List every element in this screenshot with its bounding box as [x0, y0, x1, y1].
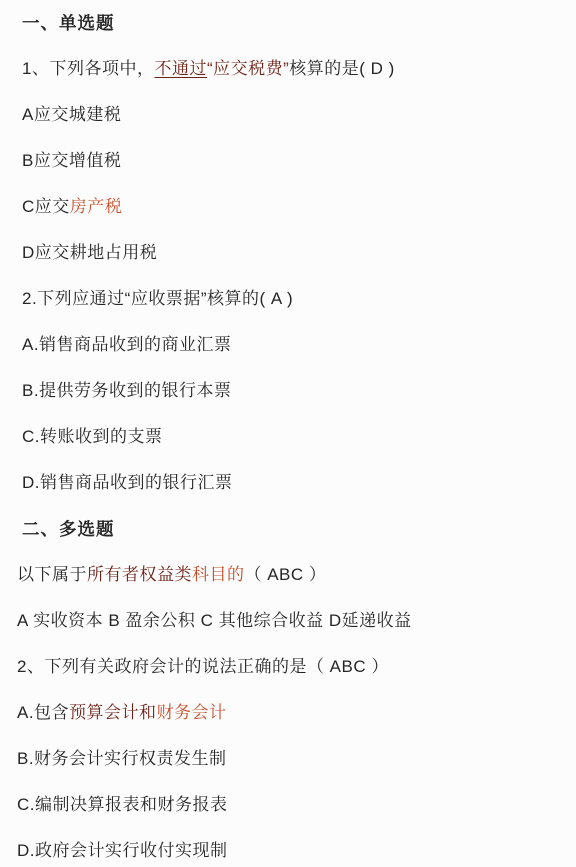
text-segment: C应交: [22, 197, 70, 216]
text-segment: 1、下列各项中，: [22, 59, 154, 78]
text-segment: B.财务会计实行权责发生制: [17, 749, 227, 768]
emphasis-text: “应交税费”: [207, 59, 289, 78]
exam-document-page: 一、单选题1、下列各项中，不通过“应交税费”核算的是( D )A应交城建税B应交…: [0, 0, 576, 867]
s1-q1-option-b: B应交增值税: [22, 152, 558, 170]
s1-q2-option-a: A.销售商品收到的商业汇票: [22, 336, 558, 354]
emphasis-text: 预算会计和: [69, 703, 157, 722]
s2-q2-option-d: D.政府会计实行收付实现制: [17, 842, 558, 860]
section-2-heading: 二、多选题: [22, 520, 558, 538]
s1-q2-option-d: D.销售商品收到的银行汇票: [22, 474, 558, 492]
text-segment: A.包含: [17, 703, 69, 722]
text-segment: 二、多选题: [22, 519, 115, 539]
s2-q2-option-c: C.编制决算报表和财务报表: [17, 796, 558, 814]
s2-q1-options: A 实收资本 B 盈余公积 C 其他综合收益 D延递收益: [17, 612, 558, 630]
text-segment: B应交增值税: [22, 151, 121, 170]
s1-q2-option-c: C.转账收到的支票: [22, 428, 558, 446]
section-2-question-2: 2、下列有关政府会计的说法正确的是（ ABC ）: [17, 658, 558, 676]
s2-q2-option-a: A.包含预算会计和财务会计: [17, 704, 558, 722]
s1-q1-option-c: C应交房产税: [22, 198, 558, 216]
section-1-question-2: 2.下列应通过“应收票据”核算的( A ): [22, 290, 558, 308]
text-segment: 以下属于: [17, 565, 87, 584]
text-segment: 2.下列应通过“应收票据”核算的( A ): [22, 289, 293, 308]
text-segment: 2、下列有关政府会计的说法正确的是（ ABC ）: [17, 657, 389, 676]
text-segment: A.销售商品收到的商业汇票: [22, 335, 232, 354]
emphasis-text: 房产税: [70, 197, 123, 216]
exam-document: 一、单选题1、下列各项中，不通过“应交税费”核算的是( D )A应交城建税B应交…: [22, 14, 558, 860]
section-1-question-1: 1、下列各项中，不通过“应交税费”核算的是( D ): [22, 60, 558, 78]
s1-q1-option-a: A应交城建税: [22, 106, 558, 124]
s2-q2-option-b: B.财务会计实行权责发生制: [17, 750, 558, 768]
emphasis-text: 科目的: [192, 565, 245, 584]
s1-q1-option-d: D应交耕地占用税: [22, 244, 558, 262]
text-segment: （ ABC ）: [245, 565, 327, 584]
text-segment: C.编制决算报表和财务报表: [17, 795, 228, 814]
section-1-heading: 一、单选题: [22, 14, 558, 32]
text-segment: A 实收资本 B 盈余公积 C 其他综合收益 D延递收益: [17, 611, 412, 630]
emphasis-text: 所有者权益类: [87, 565, 192, 584]
emphasis-text: 财务会计: [157, 703, 227, 722]
text-segment: D应交耕地占用税: [22, 243, 157, 262]
s1-q2-option-b: B.提供劳务收到的银行本票: [22, 382, 558, 400]
text-segment: 一、单选题: [22, 13, 115, 33]
section-2-question-1: 以下属于所有者权益类科目的（ ABC ）: [17, 566, 558, 584]
emphasis-text: 不通过: [154, 59, 207, 78]
text-segment: A应交城建税: [22, 105, 121, 124]
text-segment: D.销售商品收到的银行汇票: [22, 473, 233, 492]
text-segment: B.提供劳务收到的银行本票: [22, 381, 232, 400]
text-segment: 核算的是( D ): [289, 59, 395, 78]
text-segment: C.转账收到的支票: [22, 427, 163, 446]
text-segment: D.政府会计实行收付实现制: [17, 841, 228, 860]
